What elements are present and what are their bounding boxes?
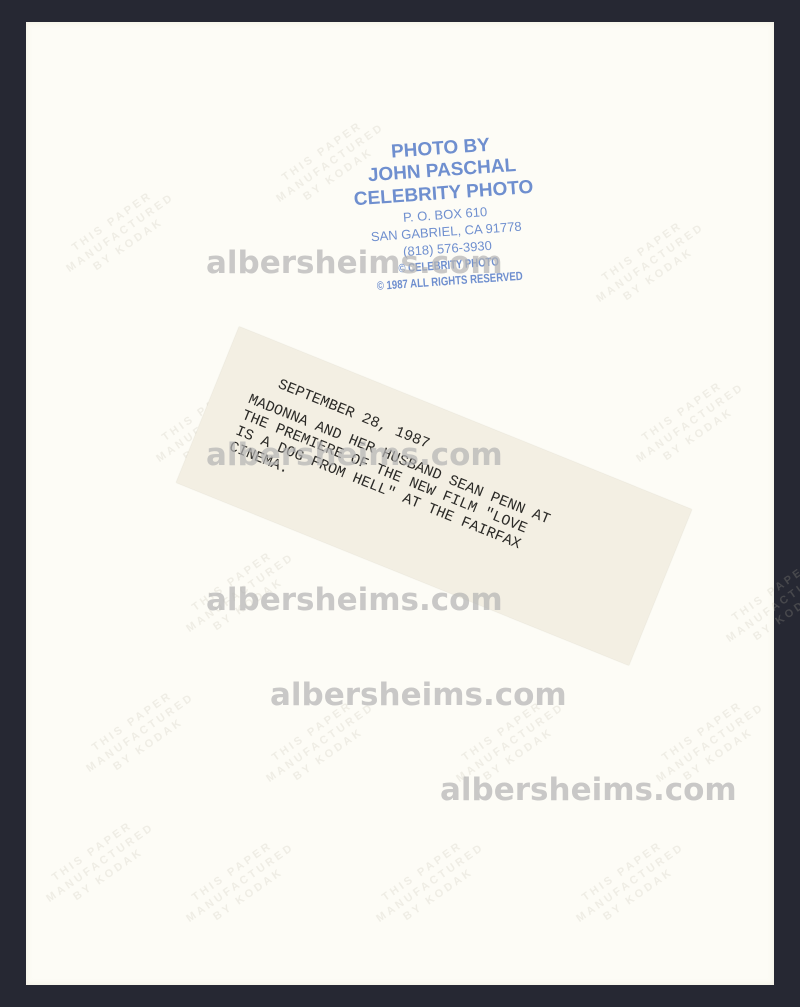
kodak-backprint: THIS PAPER MANUFACTURED BY KODAK	[176, 829, 306, 937]
kodak-backprint: THIS PAPER MANUFACTURED BY KODAK	[56, 179, 186, 287]
kodak-backprint: THIS PAPER MANUFACTURED BY KODAK	[36, 809, 166, 917]
kodak-backprint: THIS PAPER MANUFACTURED BY KODAK	[586, 209, 716, 317]
kodak-backprint: THIS PAPER MANUFACTURED BY KODAK	[626, 369, 756, 477]
watermark: albersheims.com	[270, 677, 567, 713]
kodak-backprint: THIS PAPER MANUFACTURED BY KODAK	[566, 829, 696, 937]
kodak-backprint: THIS PAPER MANUFACTURED BY KODAK	[716, 549, 800, 657]
watermark: albersheims.com	[206, 245, 503, 281]
kodak-backprint: THIS PAPER MANUFACTURED BY KODAK	[76, 679, 206, 787]
kodak-backprint: THIS PAPER MANUFACTURED BY KODAK	[366, 829, 496, 937]
watermark: albersheims.com	[206, 437, 503, 473]
watermark: albersheims.com	[206, 582, 503, 618]
watermark: albersheims.com	[440, 772, 737, 808]
